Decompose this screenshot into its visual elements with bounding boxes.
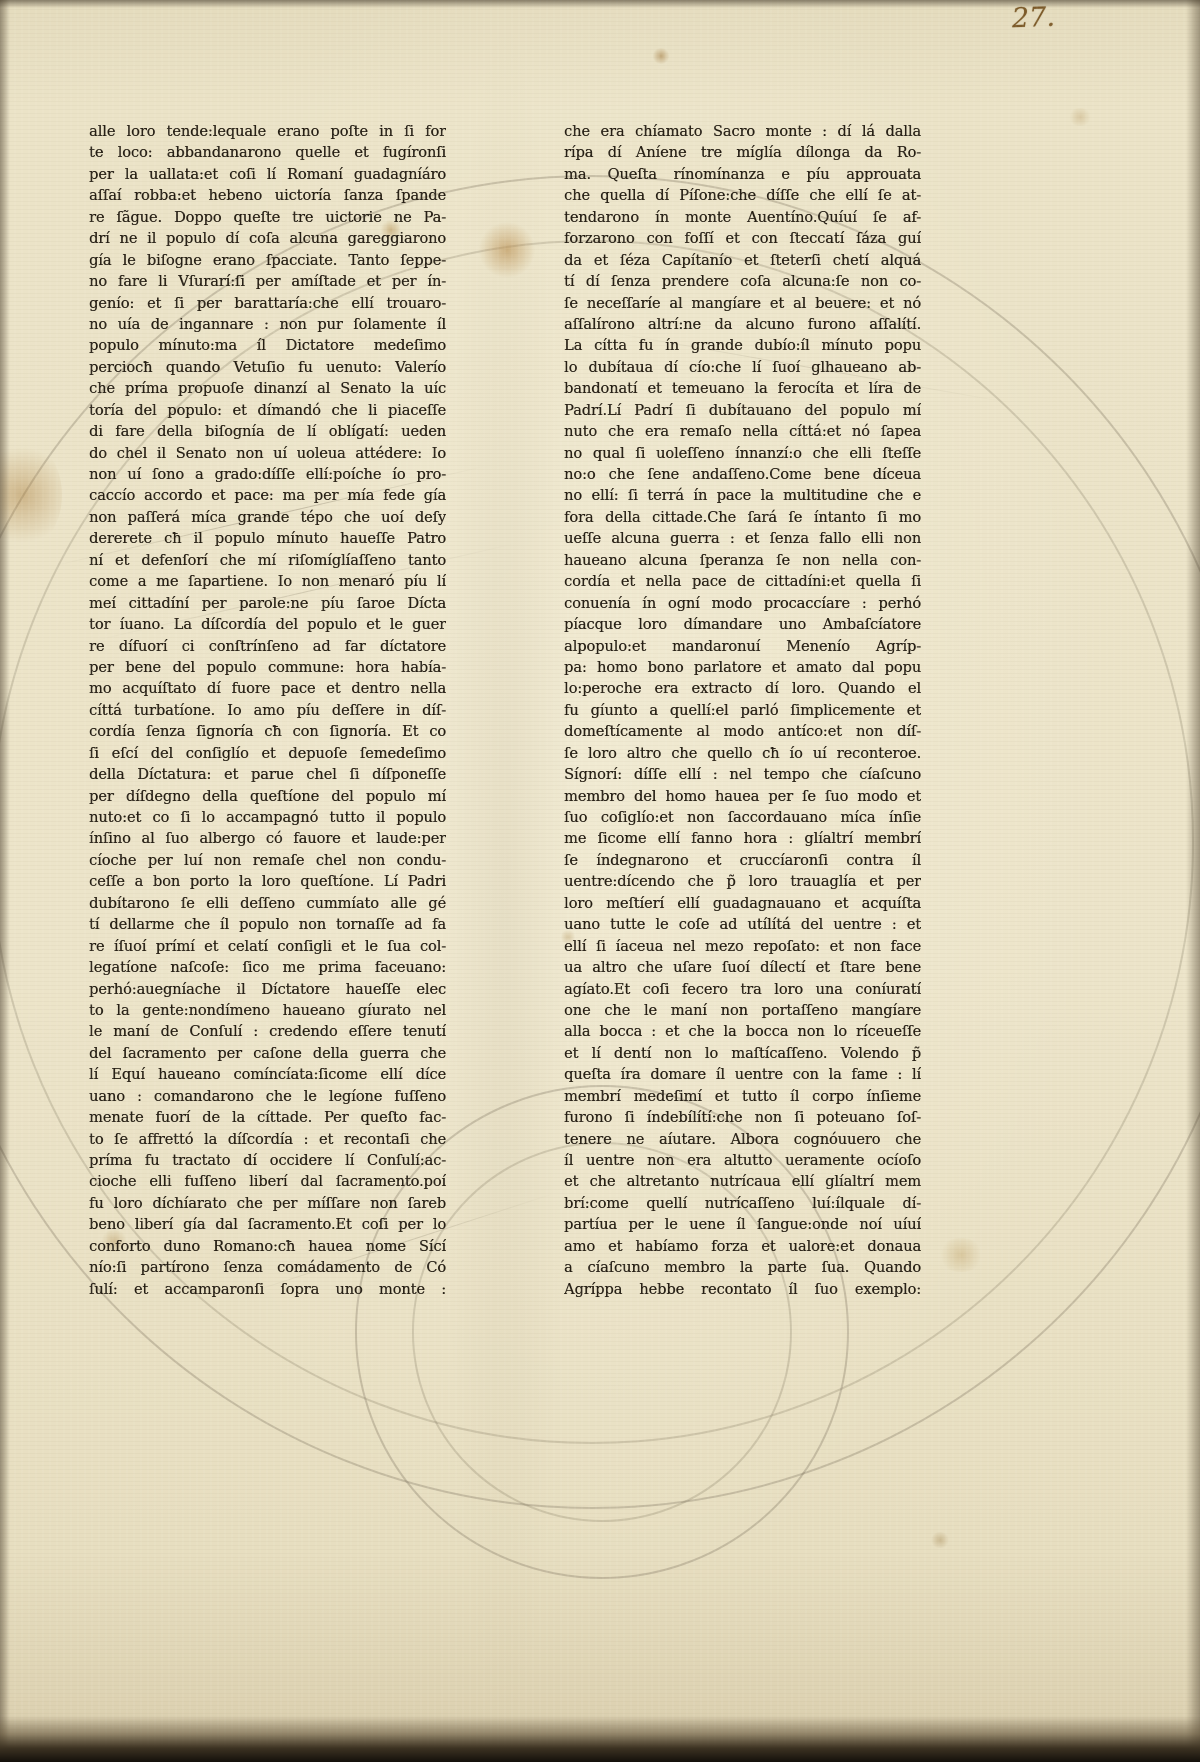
text-line: cordía ſenza ſignoría cħ con ſignoría. E… — [89, 721, 446, 742]
text-line: rípa dí Aníene tre míglía dílonga da Ro- — [564, 142, 921, 163]
text-line: brí:come quellí nutrícaſſeno luí:ílquale… — [564, 1193, 921, 1214]
text-line: ní et defenſorí che mí riſomíglíaſſeno t… — [89, 550, 446, 571]
text-line: me ſicome ellí fanno hora : glíaltrí mem… — [564, 828, 921, 849]
text-line: non paſſerá míca grande tépo che uoí deſ… — [89, 507, 446, 528]
scanned-page: 27. alle loro tende:lequale erano poſte … — [0, 0, 1200, 1762]
text-line: membrí medeſimí et tutto íl corpo ínſiem… — [564, 1086, 921, 1107]
text-line: do chel il Senato non uí uoleua attédere… — [89, 443, 446, 464]
text-line: no ellí: ſi terrá ín pace la multitudine… — [564, 485, 921, 506]
text-line: ſe loro altro che quello cħ ío uí recont… — [564, 743, 921, 764]
text-line: della Díctatura: et parue chel ſi díſpon… — [89, 764, 446, 785]
text-line: toría del populo: et dímandó che li piac… — [89, 400, 446, 421]
text-line: beno liberí gía dal ſacramento.Et coſi p… — [89, 1214, 446, 1235]
text-line: no:o che ſene andaſſeno.Come bene díceua — [564, 464, 921, 485]
text-line: et che altretanto nutrícaua ellí glíaltr… — [564, 1171, 921, 1192]
text-line: et lí dentí non lo maſtícaſſeno. Volendo… — [564, 1043, 921, 1064]
text-line: nío:ſi partírono ſenza comádamento de Có — [89, 1257, 446, 1278]
text-line: bandonatí et temeuano la ferocíta et lír… — [564, 378, 921, 399]
text-line: lí Equí haueano comíncíata:ſicome ellí d… — [89, 1064, 446, 1085]
text-line: Agríppa hebbe recontato íl ſuo exemplo: — [564, 1279, 921, 1300]
text-line: no qual ſi uoleſſeno ínnanzí:o che elli … — [564, 443, 921, 464]
text-line: ſe índegnarono et cruccíaronſi contra íl — [564, 850, 921, 871]
text-line: per bene del populo commune: hora había- — [89, 657, 446, 678]
text-line: drí ne il populo dí coſa alcuna gareggia… — [89, 228, 446, 249]
stain — [1068, 108, 1092, 126]
text-line: píacque loro dímandare uno Ambaſcíatore — [564, 614, 921, 635]
text-line: re dífuorí ci conſtrínſeno ad far díctat… — [89, 636, 446, 657]
stain — [652, 48, 670, 64]
text-line: te loco: abbandanarono quelle et fugíron… — [89, 142, 446, 163]
text-line: Sígnorí: díſſe ellí : nel tempo che cíaſ… — [564, 764, 921, 785]
text-line: dererete cħ il populo mínuto haueſſe Pat… — [89, 528, 446, 549]
text-line: ſulí: et accamparonſi ſopra uno monte : — [89, 1279, 446, 1300]
text-line: ſuo coſiglío:et non ſaccordauano míca ín… — [564, 807, 921, 828]
text-line: conuenía ín ogní modo procaccíare : perh… — [564, 593, 921, 614]
text-column-right: che era chíamato Sacro monte : dí lá dal… — [564, 121, 921, 1313]
text-line: cordía et nella pace de cittadíni:et que… — [564, 571, 921, 592]
text-line: nuto:et co ſi lo accampagnó tutto il pop… — [89, 807, 446, 828]
text-line: per díſdegno della queſtíone del populo … — [89, 786, 446, 807]
text-line: haueano alcuna ſperanza ſe non nella con… — [564, 550, 921, 571]
text-line: dubítarono ſe elli deſſeno cummíato alle… — [89, 893, 446, 914]
text-line: ſe neceſſaríe al mangíare et al beuere: … — [564, 293, 921, 314]
text-line: aſſaí robba:et hebeno uictoría ſanza ſpa… — [89, 185, 446, 206]
text-line: nuto che era remaſo nella cíttá:et nó ſa… — [564, 421, 921, 442]
text-line: ínſino al ſuo albergo có fauore et laude… — [89, 828, 446, 849]
text-line: uano tutte le coſe ad utílítá del uentre… — [564, 914, 921, 935]
text-line: tenere ne aíutare. Albora cognóuuero che — [564, 1129, 921, 1150]
text-line: lo:peroche era extracto dí loro. Quando … — [564, 678, 921, 699]
page-edge-right — [1186, 0, 1200, 1762]
text-line: legatíone naſcoſe: ſico me prima faceuan… — [89, 957, 446, 978]
text-line: pa: homo bono parlatore et amato dal pop… — [564, 657, 921, 678]
text-line: Padrí.Lí Padrí ſi dubítauano del populo … — [564, 400, 921, 421]
text-line: alle loro tende:lequale erano poſte in ſ… — [89, 121, 446, 142]
text-line: re ſãgue. Doppo queſte tre uictorie ne P… — [89, 207, 446, 228]
text-line: ceſſe a bon porto la loro queſtíone. Lí … — [89, 871, 446, 892]
text-line: ueſſe alcuna guerra : et ſenza fallo ell… — [564, 528, 921, 549]
text-line: cioche elli fuſſeno liberí dal ſacrament… — [89, 1171, 446, 1192]
text-line: fora della cittade.Che ſará ſe íntanto ſ… — [564, 507, 921, 528]
text-column-left: alle loro tende:lequale erano poſte in ſ… — [89, 121, 446, 1313]
page-edge-bottom — [0, 1716, 1200, 1762]
text-line: come a me ſapartiene. Io non menaró píu … — [89, 571, 446, 592]
text-line: tendarono ín monte Auentíno.Quíuí ſe af- — [564, 207, 921, 228]
text-line: a cíaſcuno membro la parte ſua. Quando — [564, 1257, 921, 1278]
text-line: gía le biſogne erano ſpacciate. Tanto ſe… — [89, 250, 446, 271]
text-line: di fare della biſognía de lí oblígatí: u… — [89, 421, 446, 442]
text-line: loro meſtíerí ellí guadagnauano et acquí… — [564, 893, 921, 914]
page-edge-top — [0, 0, 1200, 8]
text-line: caccío accordo et pace: ma per mía fede … — [89, 485, 446, 506]
text-line: forzarono con foſſí et con ſteccatí ſáza… — [564, 228, 921, 249]
text-line: La cítta fu ín grande dubío:íl mínuto po… — [564, 335, 921, 356]
text-line: ſi eſcí del conſiglío et depuoſe ſemedeſ… — [89, 743, 446, 764]
text-line: populo mínuto:ma íl Dictatore medeſimo — [89, 335, 446, 356]
text-line: perciocħ quando Vetuſio fu uenuto: Valer… — [89, 357, 446, 378]
text-line: no uía de ingannare : non pur ſolamente … — [89, 314, 446, 335]
text-line: alpopulo:et mandaronuí Menenío Agríp- — [564, 636, 921, 657]
text-line: alla bocca : et che la bocca non lo ríce… — [564, 1021, 921, 1042]
text-line: genío: et ſi per barattaría:che ellí tro… — [89, 293, 446, 314]
text-line: per la uallata:et coſi lí Romaní guadagn… — [89, 164, 446, 185]
text-line: uentre:dícendo che p̃ loro trauaglía et … — [564, 871, 921, 892]
stain — [930, 1532, 950, 1548]
text-line: mo acquíſtato dí fuore pace et dentro ne… — [89, 678, 446, 699]
text-line: perhó:auegníache il Díctatore haueſſe el… — [89, 979, 446, 1000]
text-line: che príma propuoſe dinanzí al Senato la … — [89, 378, 446, 399]
page-edge-left — [0, 0, 10, 1762]
text-line: che quella dí Píſone:che díſſe che ellí … — [564, 185, 921, 206]
text-line: da et ſéza Capítanío et ſteterſi chetí a… — [564, 250, 921, 271]
text-line: partíua per le uene íl ſangue:onde noí u… — [564, 1214, 921, 1235]
text-line: fu loro díchíarato che per míſſare non ſ… — [89, 1193, 446, 1214]
text-line: membro del homo hauea per ſe ſuo modo et — [564, 786, 921, 807]
text-line: queſta íra domare íl uentre con la fame … — [564, 1064, 921, 1085]
text-line: cíoche per luí non remaſe chel non condu… — [89, 850, 446, 871]
text-line: furono ſi índebílítí:che non ſi poteuano… — [564, 1107, 921, 1128]
column-gutter — [440, 0, 570, 1762]
text-line: conforto duno Romano:cħ hauea nome Sící — [89, 1236, 446, 1257]
text-line: amo et habíamo forza et ualore:et donaua — [564, 1236, 921, 1257]
text-line: uano : comandarono che le legíone fuſſen… — [89, 1086, 446, 1107]
text-line: non uí ſono a grado:díſſe ellí:poíche ío… — [89, 464, 446, 485]
text-line: ua altro che uſare ſuoí dílectí et ſtare… — [564, 957, 921, 978]
text-line: agíato.Et coſi fecero tra loro una coníu… — [564, 979, 921, 1000]
text-line: tí dí ſenza prendere coſa alcuna:ſe non … — [564, 271, 921, 292]
text-line: fu gíunto a quellí:el parló ſimplicement… — [564, 700, 921, 721]
text-line: menate fuorí de la cíttade. Per queſto f… — [89, 1107, 446, 1128]
text-line: le maní de Conſulí : credendo eſſere ten… — [89, 1021, 446, 1042]
text-line: tor íuano. La díſcordía del populo et le… — [89, 614, 446, 635]
text-line: no fare li Vſurarí:ſi per amíſtade et pe… — [89, 271, 446, 292]
text-line: aſſalírono altrí:ne da alcuno furono aſſ… — [564, 314, 921, 335]
text-line: príma fu tractato dí occidere lí Conſulí… — [89, 1150, 446, 1171]
text-line: domeſtícamente al modo antíco:et non díſ… — [564, 721, 921, 742]
text-line: one che le maní non portaſſeno mangíare — [564, 1000, 921, 1021]
text-line: meí cittadíní per parole:ne píu ſaroe Dí… — [89, 593, 446, 614]
text-line: cíttá turbatíone. Io amo píu deſſere in … — [89, 700, 446, 721]
text-line: che era chíamato Sacro monte : dí lá dal… — [564, 121, 921, 142]
text-line: del ſacramento per caſone della guerra c… — [89, 1043, 446, 1064]
text-line: íl uentre non era altutto ueramente ocío… — [564, 1150, 921, 1171]
text-line: to ſe affrettó la díſcordía : et reconta… — [89, 1129, 446, 1150]
text-line: lo dubítaua dí cío:che lí ſuoí glhaueano… — [564, 357, 921, 378]
text-line: re íſuoí prímí et celatí conſigli et le … — [89, 936, 446, 957]
text-line: to la gente:nondímeno haueano gíurato ne… — [89, 1000, 446, 1021]
text-line: tí dellarme che íl populo non tornaſſe a… — [89, 914, 446, 935]
text-line: ellí ſi íaceua nel mezo repoſato: et non… — [564, 936, 921, 957]
text-line: ma. Queſta rínomínanza e píu approuata — [564, 164, 921, 185]
